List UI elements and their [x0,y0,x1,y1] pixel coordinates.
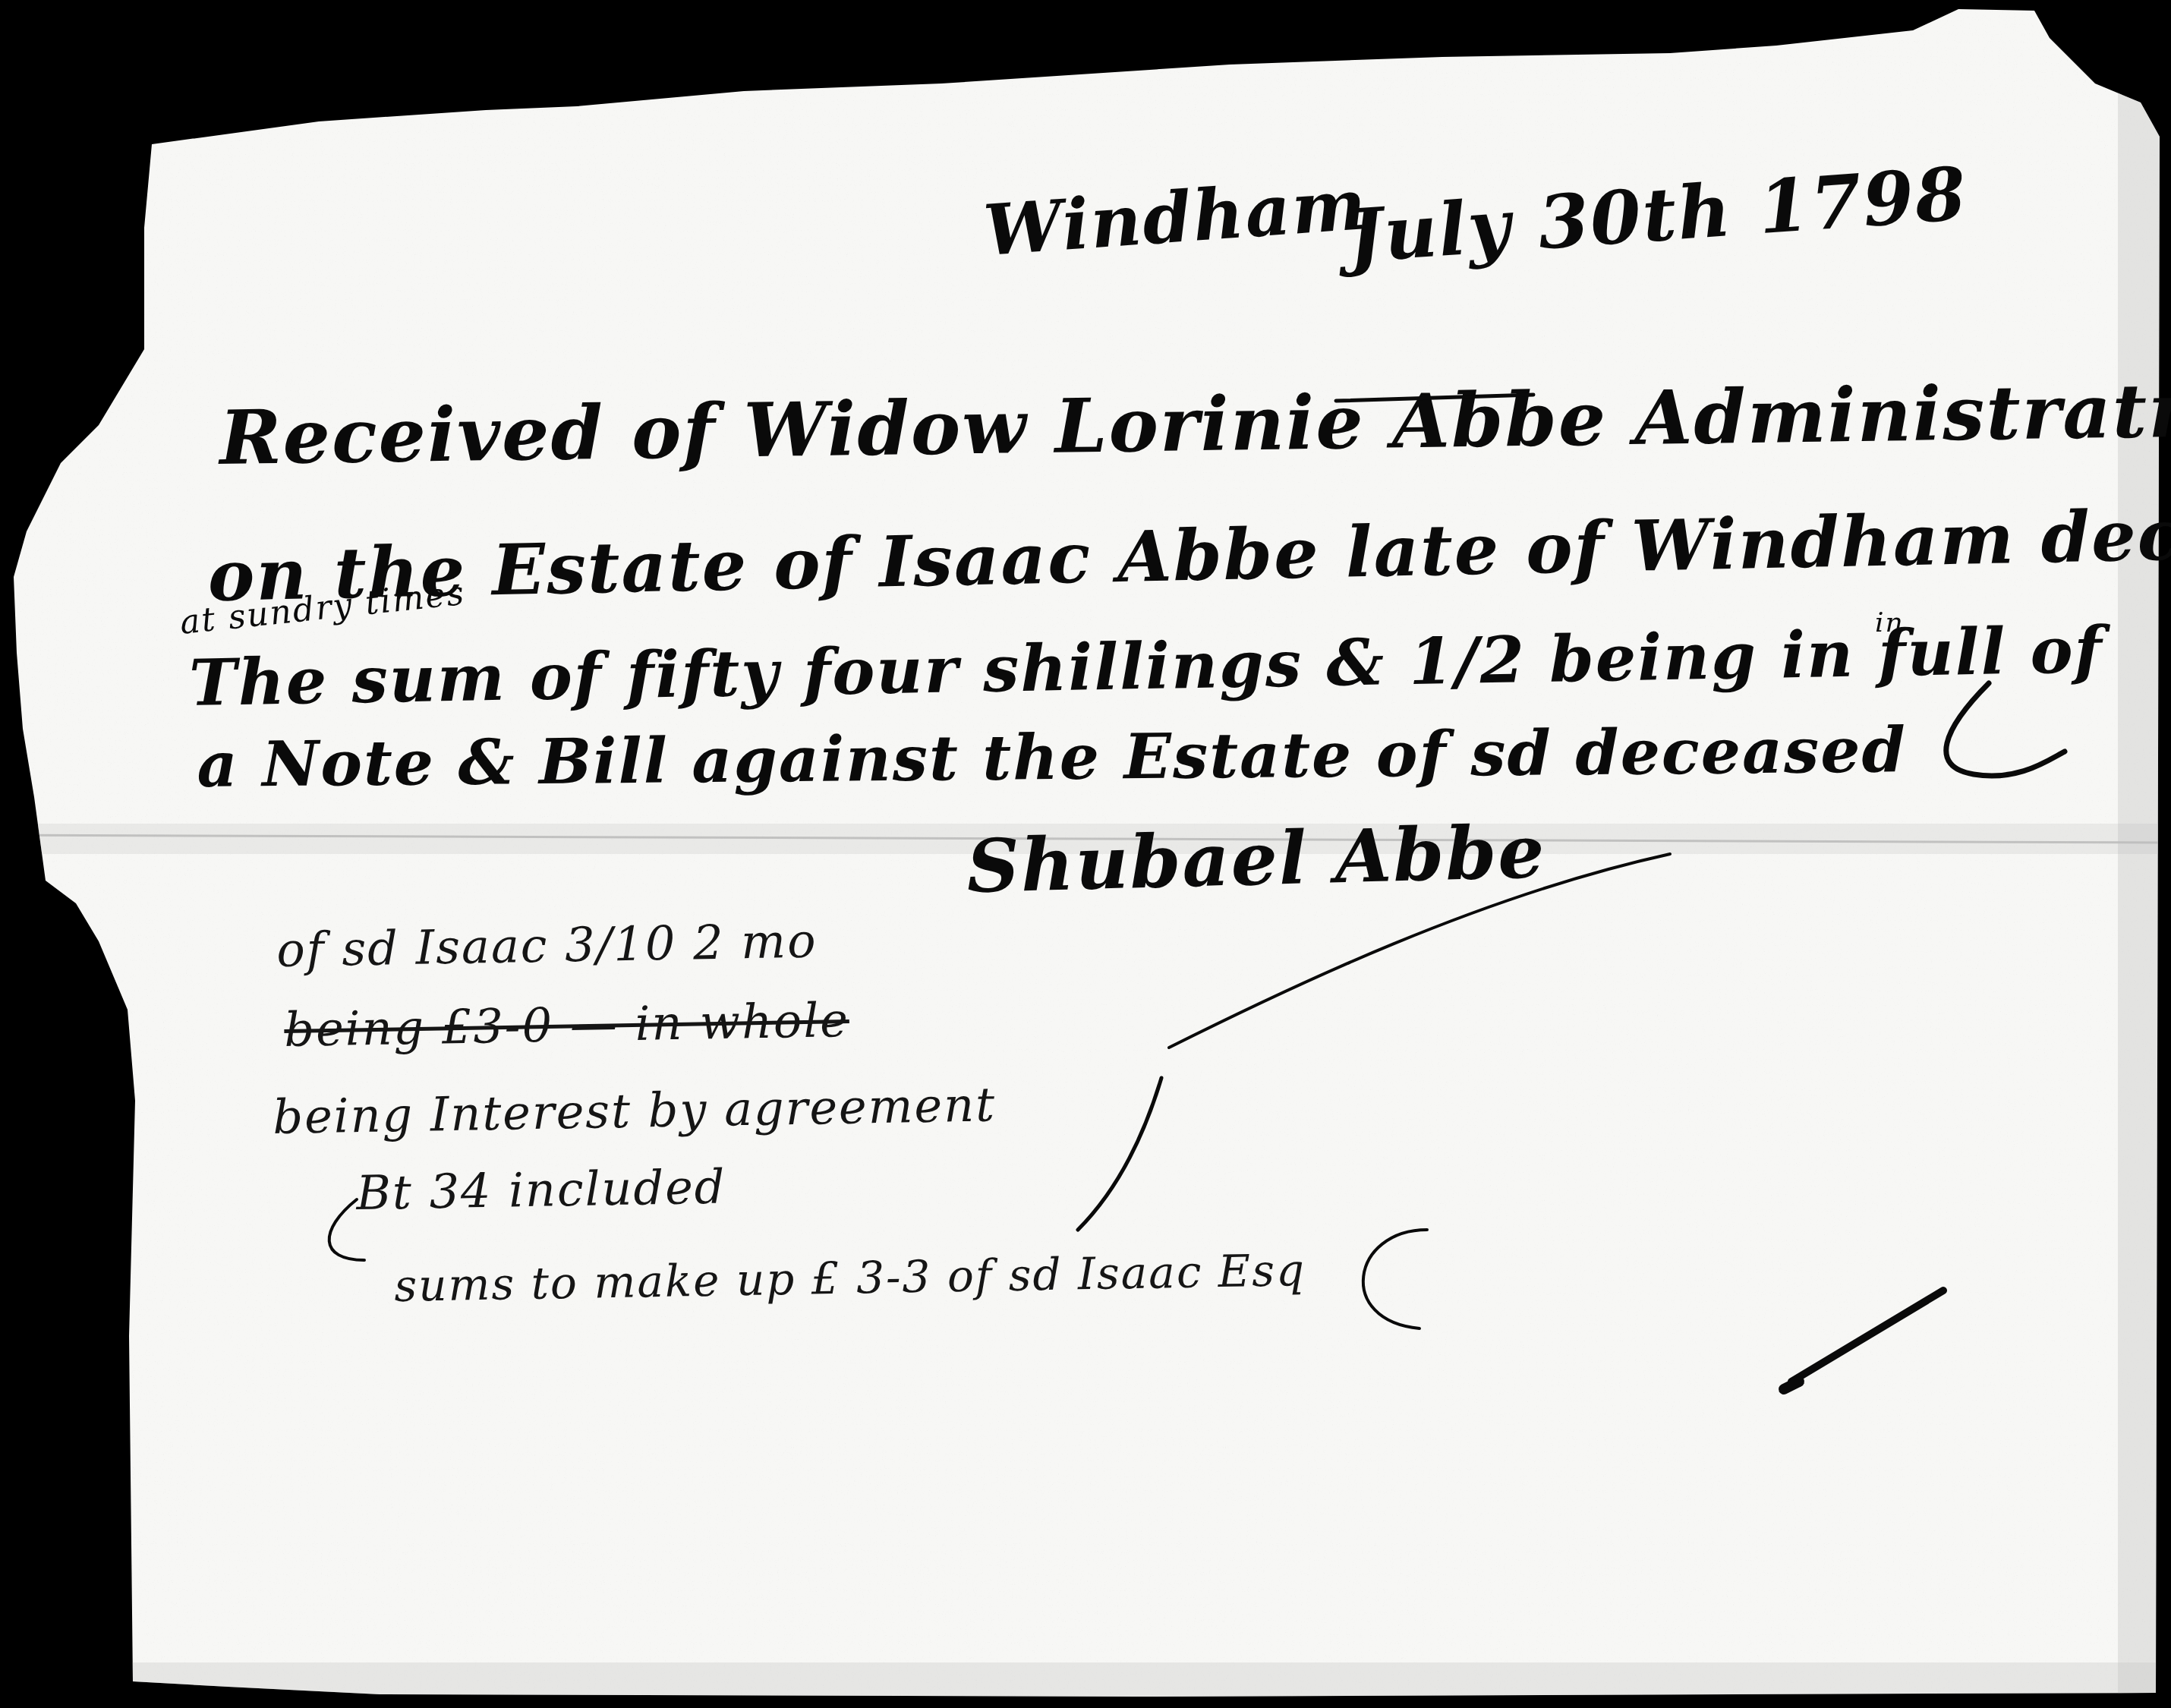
note-line-4: Bt 34 included [356,1159,726,1221]
signature: Shubael Abbe [966,808,1547,909]
receipt-interline-in: in [1875,607,1905,638]
note-line-1: of sd Isaac 3/10 2 mo [276,913,818,978]
note-line-2: being £3-0 — in whole [284,992,850,1057]
receipt-body-line-4: a Note & Bill against the Estate of sd d… [197,714,1907,802]
